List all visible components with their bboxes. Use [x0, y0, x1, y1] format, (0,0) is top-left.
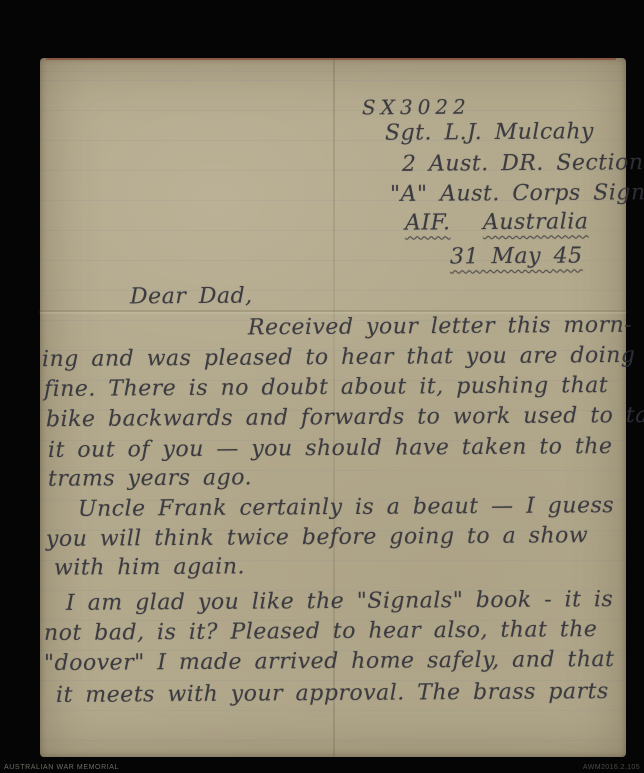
letter-line: bike backwards and forwards to work used… — [46, 403, 644, 433]
letter-paper: SX3022 Sgt. L.J. Mulcahy 2 Aust. DR. Sec… — [40, 58, 626, 757]
paper-top-edge — [46, 58, 616, 60]
sender-corps: "A" Aust. Corps Signals — [390, 180, 644, 208]
letter-line: it meets with your approval. The brass p… — [56, 679, 609, 709]
scan-background: SX3022 Sgt. L.J. Mulcahy 2 Aust. DR. Sec… — [0, 0, 644, 773]
letter-line: you will think twice before going to a s… — [46, 523, 588, 553]
letter-line: ing and was pleased to hear that you are… — [42, 343, 636, 373]
letter-line: trams years ago. — [48, 465, 252, 492]
letter-line: I am glad you like the "Signals" book - … — [66, 587, 613, 617]
sender-unit: 2 Aust. DR. Section — [402, 150, 644, 178]
service-number: SX3022 — [362, 94, 471, 121]
letter-line: with him again. — [54, 554, 245, 581]
catalog-number-label: AWM2016.2.105 — [583, 764, 640, 771]
letter-line: it out of you — you should have taken to… — [48, 434, 613, 464]
sender-name: Sgt. L.J. Mulcahy — [385, 119, 594, 146]
letter-line: "doover" I made arrived home safely, and… — [44, 647, 615, 677]
letter-line: Received your letter this morn- — [248, 313, 632, 342]
awm-watermark-label: AUSTRALIAN WAR MEMORIAL — [4, 764, 119, 771]
salutation: Dear Dad, — [130, 284, 253, 311]
sender-country: Australia — [483, 209, 589, 235]
letter-line: Uncle Frank certainly is a beaut — I gue… — [78, 493, 614, 523]
sender-country-line: AIF. Australia — [405, 209, 589, 236]
fold-crease-horizontal — [40, 310, 626, 312]
letter-line: not bad, is it? Pleased to hear also, th… — [44, 617, 598, 647]
sender-aif: AIF. — [405, 210, 451, 235]
letter-date: 31 May 45 — [450, 244, 583, 271]
letter-line: fine. There is no doubt about it, pushin… — [44, 373, 608, 403]
